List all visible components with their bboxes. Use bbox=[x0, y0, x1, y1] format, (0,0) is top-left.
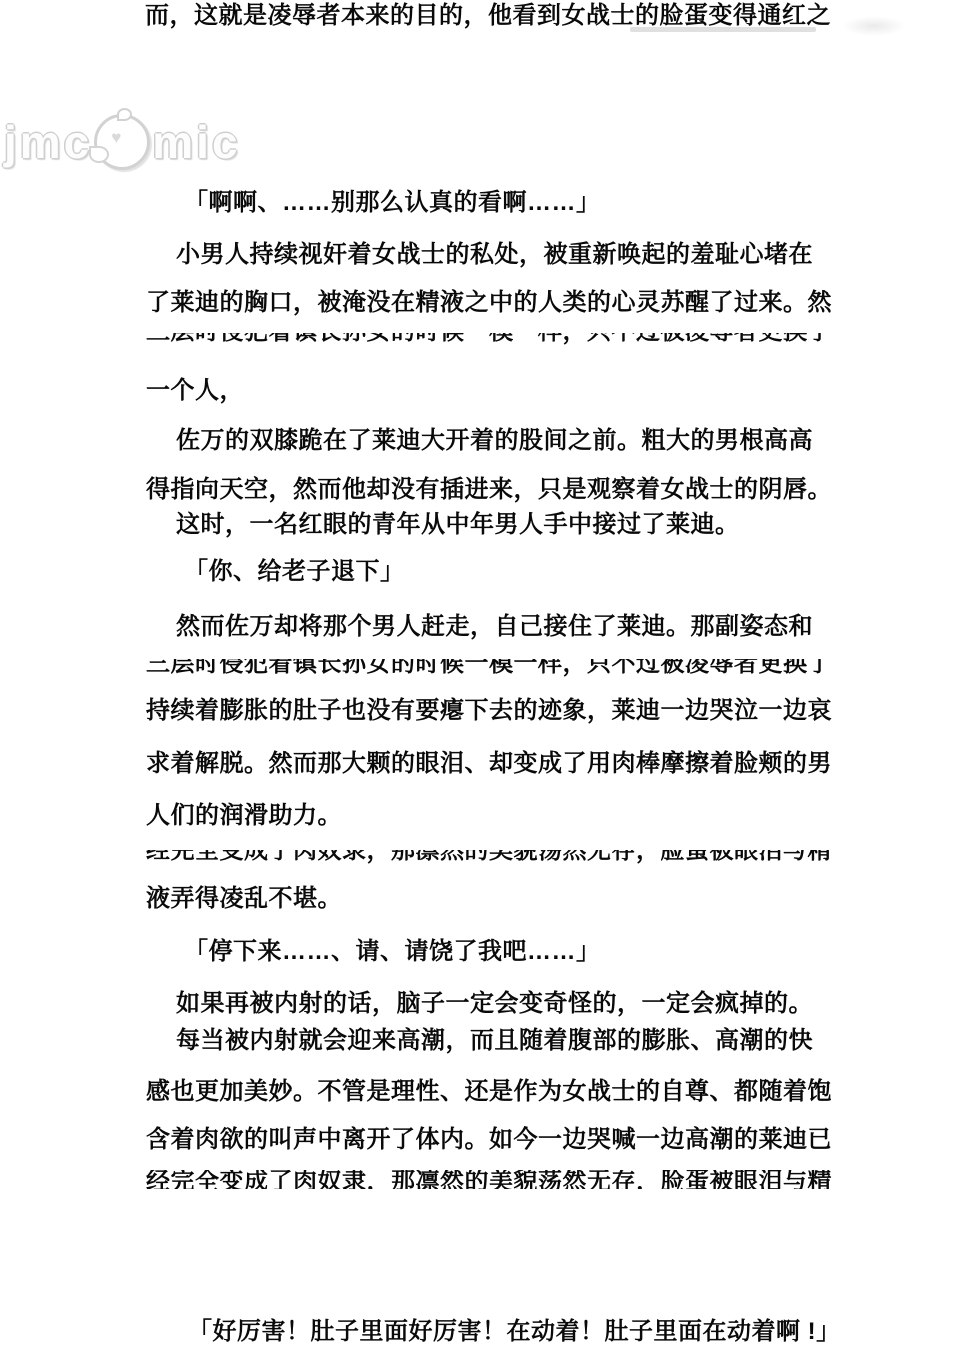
text-line: 「你、给老子退下」 bbox=[184, 558, 405, 586]
text-line: 经完全变成了肉奴隶，那凛然的美貌荡然无存，脸蛋被眼泪与精 bbox=[146, 1170, 906, 1189]
text-line: 这时，一名红眼的青年从中年男人手中接过了莱迪。 bbox=[176, 511, 740, 539]
text-line: 小男人持续视奸着女战士的私处，被重新唤起的羞耻心堵在 bbox=[176, 241, 813, 269]
text-line: 「好厉害！肚子里面好厉害！在动着！肚子里面在动着啊 !」 bbox=[188, 1318, 841, 1346]
text-line: 「停下来……、请、请饶了我吧……」 bbox=[184, 938, 601, 966]
mascot-wing-icon bbox=[89, 146, 109, 163]
text-line: 感也更加美妙。不管是理性、还是作为女战士的自尊、都随着饱 bbox=[146, 1078, 832, 1106]
mascot-curl-icon bbox=[117, 108, 132, 121]
novel-page: jmc ♥ mic 而，这就是凌辱者本来的目的，他看到女战士的脸蛋变得通红之「啊… bbox=[0, 0, 960, 1358]
text-line: 佐万的双膝跪在了莱迪大开着的股间之前。粗大的男根高高 bbox=[176, 427, 813, 455]
text-line: 得指向天空，然而他却没有插进来，只是观察着女战士的阴唇。 bbox=[146, 476, 832, 504]
text-line: 三层时侵犯着镇长孙女的时候一模一样，只不过被凌辱者更换了 bbox=[146, 659, 906, 676]
clipped-text-line: 三层时侵犯着镇长孙女的时候一模一样，只不过被凌辱者更换了 bbox=[146, 333, 906, 345]
text-line: 含着肉欲的叫声中离开了体内。如今一边哭喊一边高潮的莱迪已 bbox=[146, 1126, 832, 1154]
clipped-text-line: 三层时侵犯着镇长孙女的时候一模一样，只不过被凌辱者更换了 bbox=[146, 659, 906, 681]
text-line: 一个人， bbox=[146, 377, 244, 405]
text-line: 三层时侵犯着镇长孙女的时候一模一样，只不过被凌辱者更换了 bbox=[146, 333, 906, 344]
heart-icon: ♥ bbox=[111, 128, 121, 148]
text-line: 持续着膨胀的肚子也没有要瘪下去的迹象，莱迪一边哭泣一边哀 bbox=[146, 697, 832, 725]
jmcomic-watermark: jmc ♥ mic bbox=[4, 112, 241, 172]
text-line: 每当被内射就会迎来高潮，而且随着腹部的膨胀、高潮的快 bbox=[176, 1027, 813, 1055]
text-line: 液弄得凌乱不堪。 bbox=[146, 885, 342, 913]
artifact-smudge bbox=[630, 27, 816, 32]
text-line: 而，这就是凌辱者本来的目的，他看到女战士的脸蛋变得通红之 bbox=[145, 2, 831, 30]
text-line: 了莱迪的胸口，被淹没在精液之中的人类的心灵苏醒了过来。然 bbox=[146, 289, 832, 317]
text-line: 如果再被内射的话，脑子一定会变奇怪的，一定会疯掉的。 bbox=[176, 990, 813, 1018]
clipped-text-line: 经完全变成了肉奴隶，那凛然的美貌荡然无存，脸蛋被眼泪与精 bbox=[146, 1170, 906, 1189]
watermark-text-mic: mic bbox=[152, 115, 240, 169]
watermark-text-jmc: jmc bbox=[4, 115, 92, 169]
text-line: 「啊啊、……别那么认真的看啊……」 bbox=[184, 189, 601, 217]
chick-mascot-icon: ♥ bbox=[94, 114, 150, 170]
text-line: 人们的润滑助力。 bbox=[146, 802, 342, 830]
text-line: 求着解脱。然而那大颗的眼泪、却变成了用肉棒摩擦着脸颊的男 bbox=[146, 750, 832, 778]
clipped-text-line: 经完全变成了肉奴隶，那凛然的美貌荡然无存，脸蛋被眼泪与精 bbox=[146, 850, 906, 867]
artifact-smudge bbox=[842, 16, 906, 36]
text-line: 然而佐万却将那个男人赶走，自己接住了莱迪。那副姿态和 bbox=[176, 613, 813, 641]
text-line: 经完全变成了肉奴隶，那凛然的美貌荡然无存，脸蛋被眼泪与精 bbox=[146, 850, 906, 863]
